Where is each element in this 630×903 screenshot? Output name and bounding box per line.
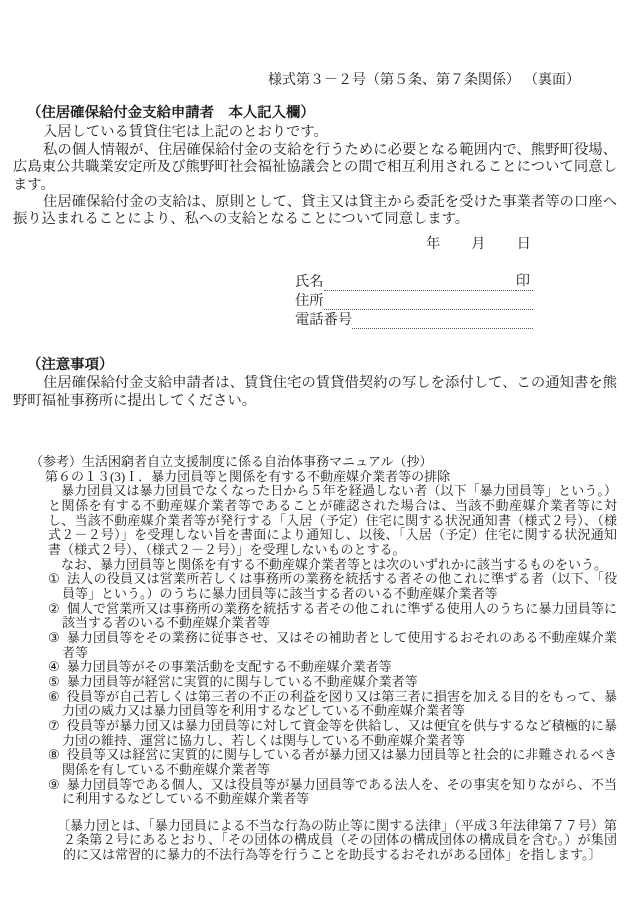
item-number: ③ xyxy=(48,630,60,645)
name-row: 氏名 印 xyxy=(295,272,533,291)
item-text: 役員等が暴力団又は暴力団員等に対して資金等を供給し、又は便宜を供与するなど積極的… xyxy=(62,718,617,748)
applicant-paragraph-3: 住居確保給付金の支給は、原則として、貸主又は貸主から委託を受けた事業者等の口座へ… xyxy=(13,194,617,229)
reference-item-9: ⑨暴力団員等である個人、又は役員等が暴力団員等である法人を、その事実を知りながら… xyxy=(48,778,617,807)
reference-title: （参考）生活困窮者自立支援制度に係る自治体事務マニュアル（抄） xyxy=(30,455,617,470)
notes-section: （注意事項） 住居確保給付金支給申請者は、賃貸住宅の賃貸借契約の写しを添付して、… xyxy=(13,357,617,410)
address-input-line[interactable] xyxy=(324,292,533,310)
reference-intro: 暴力団員又は暴力団員でなくなった日から５年を経過しない者（以下「暴力団員等」とい… xyxy=(48,484,617,557)
day-label: 日 xyxy=(517,236,531,253)
item-number: ⑥ xyxy=(48,689,60,704)
item-text: 個人で営業所又は事務所の業務を統括する者その他これに準ずる使用人のうちに暴力団員… xyxy=(62,601,617,631)
seal-label: 印 xyxy=(516,272,533,291)
reference-item-4: ④暴力団員等がその事業活動を支配する不動産媒介業者等 xyxy=(48,660,617,675)
item-text: 役員等が自己若しくは第三者の不正の利益を図り又は第三者に損害を加える目的をもって… xyxy=(62,689,617,719)
item-text: 役員等又は経営に実質的に関与している者が暴力団又は暴力団員等と社会的に非難される… xyxy=(62,747,617,777)
notes-section-heading: （注意事項） xyxy=(27,357,617,374)
item-number: ⑧ xyxy=(48,747,60,762)
item-text: 暴力団員等である個人、又は役員等が暴力団員等である法人を、その事実を知りながら、… xyxy=(62,777,617,807)
name-label: 氏名 xyxy=(295,273,324,291)
reference-item-8: ⑧役員等又は経営に実質的に関与している者が暴力団又は暴力団員等と社会的に非難され… xyxy=(48,748,617,777)
item-number: ⑨ xyxy=(48,777,60,792)
item-number: ① xyxy=(48,571,60,586)
applicant-paragraph-2: 私の個人情報が、住居確保給付金の支給を行うために必要となる範囲内で、熊野町役場、… xyxy=(13,142,617,194)
item-number: ⑦ xyxy=(48,718,60,733)
address-label: 住所 xyxy=(295,292,324,310)
reference-section: （参考）生活困窮者自立支援制度に係る自治体事務マニュアル（抄） 第６の１３(3)… xyxy=(30,455,617,863)
boryokudan-definition-footnote: 〔暴力団とは、「暴力団員による不当な行為の防止等に関する法律」（平成３年法律第７… xyxy=(57,819,617,863)
reference-item-6: ⑥役員等が自己若しくは第三者の不正の利益を図り又は第三者に損害を加える目的をもっ… xyxy=(48,690,617,719)
reference-item-5: ⑤暴力団員等が経営に実質的に関与している不動産媒介業者等 xyxy=(48,675,617,690)
reference-item-7: ⑦役員等が暴力団又は暴力団員等に対して資金等を供給し、又は便宜を供与するなど積極… xyxy=(48,719,617,748)
phone-label: 電話番号 xyxy=(295,311,352,329)
back-side-label: （裏面） xyxy=(531,73,580,88)
phone-input-line[interactable] xyxy=(352,311,533,329)
item-text: 暴力団員等がその事業活動を支配する不動産媒介業者等 xyxy=(67,659,392,674)
item-text: 暴力団員等をその業務に従事させ、又はその補助者として使用するおそれのある不動産媒… xyxy=(62,630,617,660)
month-label: 月 xyxy=(471,236,485,253)
item-text: 暴力団員等が経営に実質的に関与している不動産媒介業者等 xyxy=(67,674,418,689)
item-number: ② xyxy=(48,601,60,616)
notes-body: 住居確保給付金支給申請者は、賃貸住宅の賃貸借契約の写しを添付して、この通知書を熊… xyxy=(13,375,617,410)
applicant-paragraph-1: 入居している賃貸住宅は上記のとおりです。 xyxy=(13,124,617,141)
item-number: ⑤ xyxy=(48,674,60,689)
applicant-section-heading: （住居確保給付金支給申請者 本人記入欄） xyxy=(27,105,617,122)
form-number: 様式第３－２号（第５条、第７条関係） xyxy=(268,73,520,88)
date-line: 年月日 xyxy=(413,236,630,253)
item-number: ④ xyxy=(48,659,60,674)
applicant-section: （住居確保給付金支給申請者 本人記入欄） 入居している賃貸住宅は上記のとおりです… xyxy=(13,105,617,229)
item-text: 法人の役員又は営業所若しくは事務所の業務を統括する者その他これに準ずる者（以下、… xyxy=(62,571,617,601)
reference-subtitle: 第６の１３(3)Ｉ．暴力団員等と関係を有する不動産媒介業者等の排除 xyxy=(45,470,617,485)
document-page: 様式第３－２号（第５条、第７条関係）（裏面） （住居確保給付金支給申請者 本人記… xyxy=(0,0,630,903)
phone-row: 電話番号 xyxy=(295,310,533,329)
reference-item-1: ①法人の役員又は営業所若しくは事務所の業務を統括する者その他これに準ずる者（以下… xyxy=(48,572,617,601)
name-input-line[interactable] xyxy=(324,273,516,291)
form-header: 様式第３－２号（第５条、第７条関係）（裏面） xyxy=(0,0,630,88)
year-label: 年 xyxy=(426,236,440,253)
address-row: 住所 xyxy=(295,291,533,310)
signature-block: 氏名 印 住所 電話番号 xyxy=(295,272,533,329)
reference-item-3: ③暴力団員等をその業務に従事させ、又はその補助者として使用するおそれのある不動産… xyxy=(48,631,617,660)
reference-item-2: ②個人で営業所又は事務所の業務を統括する者その他これに準ずる使用人のうちに暴力団… xyxy=(48,602,617,631)
reference-nao-note: なお、暴力団員等と関係を有する不動産媒介業者等とは次のいずれかに該当するものをい… xyxy=(48,558,617,573)
